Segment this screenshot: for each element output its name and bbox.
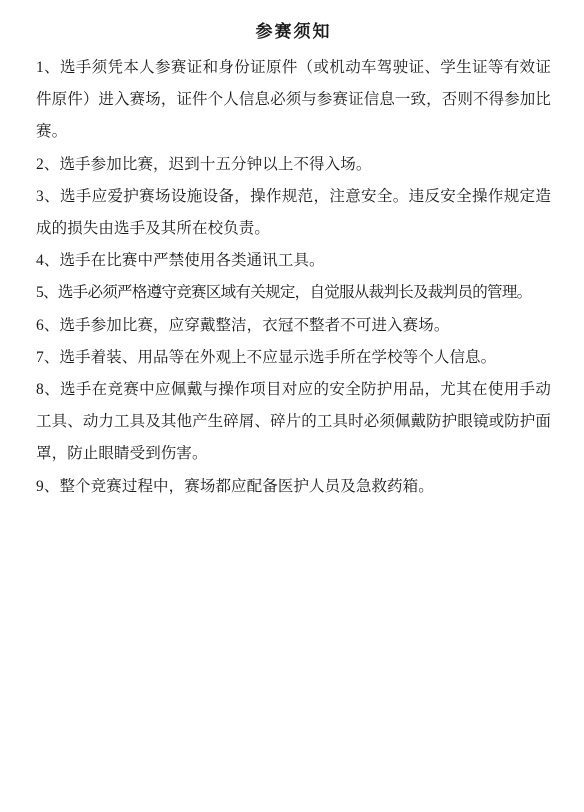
page-title: 参赛须知 bbox=[36, 20, 551, 44]
notice-list: 1、选手须凭本人参赛证和身份证原件（或机动车驾驶证、学生证等有效证件原件）进入赛… bbox=[36, 52, 551, 503]
notice-item-4: 4、选手在比赛中严禁使用各类通讯工具。 bbox=[36, 245, 551, 277]
notice-item-1: 1、选手须凭本人参赛证和身份证原件（或机动车驾驶证、学生证等有效证件原件）进入赛… bbox=[36, 52, 551, 149]
notice-item-8: 8、选手在竞赛中应佩戴与操作项目对应的安全防护用品，尤其在使用手动工具、动力工具… bbox=[36, 374, 551, 471]
notice-item-3: 3、选手应爱护赛场设施设备，操作规范，注意安全。违反安全操作规定造成的损失由选手… bbox=[36, 181, 551, 245]
notice-item-5: 5、选手必须严格遵守竞赛区域有关规定，自觉服从裁判长及裁判员的管理。 bbox=[36, 277, 551, 309]
document-page: 参赛须知 1、选手须凭本人参赛证和身份证原件（或机动车驾驶证、学生证等有效证件原… bbox=[0, 0, 584, 812]
notice-item-2: 2、选手参加比赛，迟到十五分钟以上不得入场。 bbox=[36, 149, 551, 181]
notice-item-7: 7、选手着装、用品等在外观上不应显示选手所在学校等个人信息。 bbox=[36, 342, 551, 374]
notice-item-9: 9、整个竞赛过程中，赛场都应配备医护人员及急救药箱。 bbox=[36, 471, 551, 503]
notice-item-6: 6、选手参加比赛，应穿戴整洁，衣冠不整者不可进入赛场。 bbox=[36, 310, 551, 342]
